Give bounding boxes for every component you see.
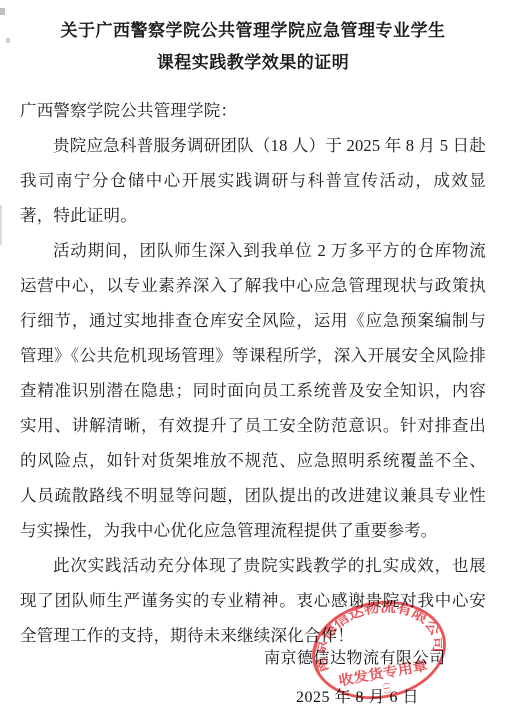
body-paragraph-1: 贵院应急科普服务调研团队（18 人）于 2025 年 8 月 5 日赴我司南宁分… xyxy=(20,128,486,233)
scan-artifact-speck xyxy=(402,490,405,494)
signature-date: 2025 年 8 月 6 日 xyxy=(296,684,419,707)
scan-artifact-speck xyxy=(6,38,10,43)
certificate-document-page: 关于广西警察学院公共管理学院应急管理专业学生 课程实践教学效果的证明 广西警察学… xyxy=(0,0,506,721)
document-title: 关于广西警察学院公共管理学院应急管理专业学生 课程实践教学效果的证明 xyxy=(20,15,486,79)
title-line-2: 课程实践教学效果的证明 xyxy=(20,47,486,79)
body-paragraph-3: 此次实践活动充分体现了贵院实践教学的扎实成效，也展现了团队师生严谨务实的专业精神… xyxy=(20,548,486,653)
scan-artifact-speck xyxy=(0,8,5,15)
signature-company-name: 南京德信达物流有限公司 xyxy=(264,645,446,668)
scan-artifact-edge xyxy=(0,205,2,245)
salutation-line: 广西警察学院公共管理学院： xyxy=(20,93,486,128)
title-line-1: 关于广西警察学院公共管理学院应急管理专业学生 xyxy=(20,15,486,47)
body-paragraph-2: 活动期间，团队师生深入到我单位 2 万多平方的仓库物流运营中心，以专业素养深入了… xyxy=(20,233,486,548)
